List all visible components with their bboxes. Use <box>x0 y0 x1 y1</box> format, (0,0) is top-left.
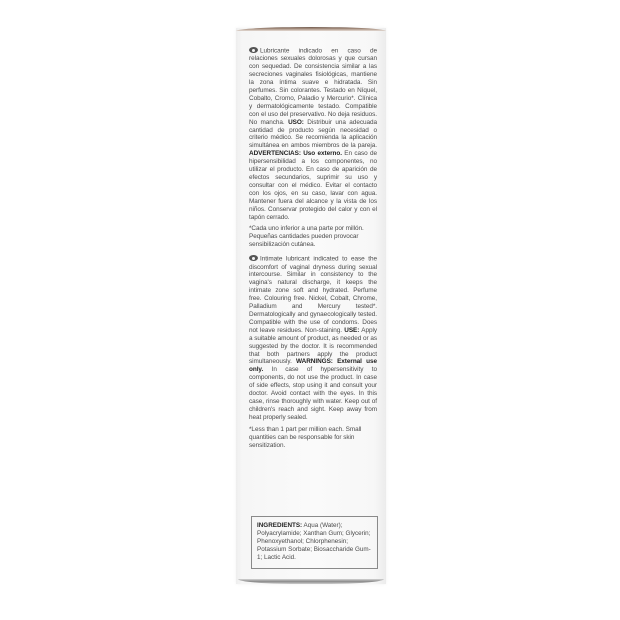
ingredients-box: INGREDIENTS: Aqua (Water); Polyacrylamid… <box>251 516 378 569</box>
lang-es-icon <box>249 47 258 53</box>
english-warnings-text: In case of hypersensitivity to component… <box>249 366 377 420</box>
english-description: Intimate lubricant indicated to ease the… <box>249 255 377 422</box>
spanish-advertencias-label: ADVERTENCIAS: Uso externo. <box>249 150 342 157</box>
ingredients-label: INGREDIENTS: <box>257 522 302 529</box>
spanish-advertencias-text: En caso de hipersensibilidad a los compo… <box>249 150 377 220</box>
spanish-uso-label: USO: <box>288 119 304 126</box>
english-use-label: USE: <box>344 327 359 334</box>
label-text-block: Lubricante indicado en caso de relacione… <box>249 47 377 455</box>
spanish-description: Lubricante indicado en caso de relacione… <box>249 47 377 221</box>
english-intro: Intimate lubricant indicated to ease the… <box>249 256 377 334</box>
lang-gb-icon <box>249 255 258 261</box>
box-top-edge <box>236 27 386 31</box>
english-footnote: *Less than 1 part per million each. Smal… <box>249 426 377 450</box>
spanish-footnote: *Cada uno inferior a una parte por milló… <box>249 225 377 249</box>
spanish-intro: Lubricante indicado en caso de relacione… <box>249 48 377 126</box>
